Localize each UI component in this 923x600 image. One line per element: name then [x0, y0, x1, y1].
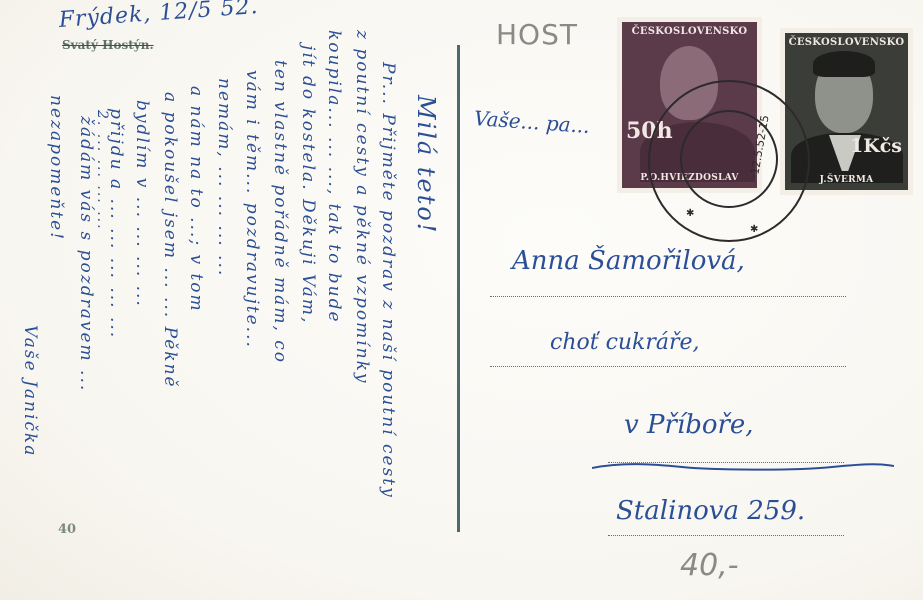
message-line: vám i těm... pozdravujte... — [242, 70, 262, 349]
address-town: v Příboře, — [624, 410, 754, 440]
postmark-star-icon: ✱ — [750, 224, 758, 235]
stamp-country: ČESKOSLOVENSKO — [622, 26, 757, 37]
message-line: ten vlastně pořádně mám, co — [270, 60, 290, 364]
address-street: Stalinova 259. — [616, 496, 805, 526]
sender-note: Vaše... pa... — [473, 106, 590, 138]
message-line: nezapomeňte! — [46, 95, 66, 241]
address-recipient: Anna Šamořilová, — [512, 246, 745, 276]
message-line: z poutní cesty a pěkné vzpomínky — [352, 30, 372, 384]
postcard-back: Frýdek, 12/5 52. Svatý Hostýn. 40 Milá t… — [0, 0, 923, 600]
message-line: a pokoušel jsem ... ... Pěkně — [160, 92, 180, 389]
divider-line — [457, 45, 460, 532]
message-line: koupila... ... ..., tak to bude — [324, 30, 344, 324]
place-date: Frýdek, 12/5 52. — [58, 0, 259, 33]
message-line: nemám, ... ... ... ... — [214, 78, 234, 277]
printed-origin-crossed-out: Svatý Hostýn. — [62, 38, 154, 52]
pencil-note-price: 40,- — [680, 548, 739, 583]
message-line: Pr... Přijměte pozdrav z naší poutní ces… — [378, 62, 398, 499]
address-dotted-line — [608, 535, 844, 536]
message-line: žádám vás s pozdravem ... — [76, 116, 96, 392]
portrait-hair — [813, 51, 875, 77]
pencil-note-top: HOST — [496, 18, 578, 51]
message-line: Milá teto! — [412, 95, 440, 234]
print-number: 40 — [58, 522, 76, 537]
stamp-value: 1Kčs — [850, 135, 902, 157]
message-line: jít do kostela. Děkuji Vám, — [298, 45, 318, 324]
message-line: a nám na to ...; v tom — [186, 86, 206, 313]
message-line: bydlím v ... ... ... ... — [132, 100, 152, 308]
town-underline — [592, 462, 894, 472]
message-line: 2. ... ... ... ... — [94, 110, 110, 231]
address-dotted-line — [490, 366, 846, 367]
address-dotted-line — [490, 296, 846, 297]
address-title: choť cukráře, — [550, 330, 700, 355]
signature: Vaše Janička — [20, 325, 40, 457]
postmark-star-icon: ✱ — [686, 208, 694, 219]
stamp-country: ČESKOSLOVENSKO — [785, 37, 908, 48]
